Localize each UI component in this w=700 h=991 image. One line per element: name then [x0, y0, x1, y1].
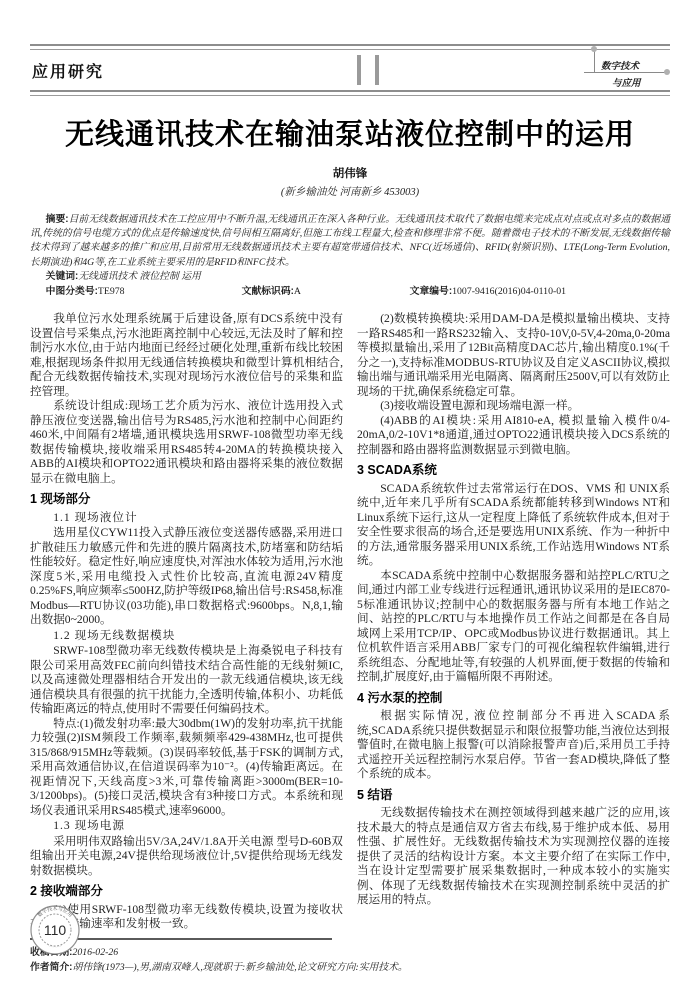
body-paragraph: 特点:(1)微发射功率:最大30dbm(1W)的发射功率,抗干扰能力较强(2)I… — [30, 717, 343, 819]
received-date-line: 收稿日期:2016-02-26 — [30, 945, 670, 960]
header-divider-bars — [357, 55, 379, 85]
keywords-text: 无线通讯技术 液位控制 运用 — [78, 271, 200, 282]
body-paragraph: 根据实际情况, 液位控制部分不再进入SCADA系统,SCADA系统只提供数据显示… — [357, 709, 670, 782]
body-paragraph: 系统设计组成:现场工艺介质为污水、液位计选用投入式静压液位变送器,输出信号为RS… — [30, 399, 343, 486]
section-heading: 5 结语 — [357, 788, 670, 803]
author-affiliation: (新乡输油处 河南新乡 453003) — [30, 184, 670, 199]
subsection-heading: 1.2 现场无线数据模块 — [30, 629, 343, 644]
clc-segment: 中图分类号:TE978 — [46, 285, 242, 299]
body-paragraph: (4)ABB的AI模块:采用AI810-eA, 模拟量输入模件0/4-20mA,… — [357, 414, 670, 458]
footnote-block: 收稿日期:2016-02-26 作者简介:胡伟锋(1973—),男,湖南双峰人,… — [30, 938, 670, 975]
subsection-heading: 1.3 现场电源 — [30, 819, 343, 834]
body-paragraph: 本SCADA系统中控制中心数据服务器和站控PLC/RTU之间,通过内部工业专线进… — [357, 569, 670, 685]
logo-dot-icon — [664, 69, 670, 75]
body-paragraph: 无线数据传输技术在测控领域得到越来越广泛的应用,该技术最大的特点是通信双方省去布… — [357, 806, 670, 908]
right-column: (2)数模转换模块:采用DAM-DA是模拟量输出模块、支持一路RS485和一路R… — [357, 312, 670, 932]
keywords-line: 关键词:无线通讯技术 液位控制 运用 — [30, 270, 670, 284]
abstract-text: 目前无线数据通讯技术在工控应用中不断升温,无线通讯正在深入各种行业。无线通讯技术… — [30, 214, 670, 268]
author-name: 胡伟锋 — [30, 165, 670, 181]
body-paragraph: SCADA系统软件过去常常运行在DOS、VMS 和 UNIX系统中,近年来几乎所… — [357, 482, 670, 569]
left-column: 我单位污水处理系统属于后建设备,原有DCS系统中没有设置信号采集点,污水池距离控… — [30, 312, 343, 932]
journal-logo: 数字技术 与应用 — [572, 50, 668, 90]
page-header: 应用研究 数字技术 与应用 — [30, 50, 670, 90]
section-heading: 3 SCADA系统 — [357, 463, 670, 478]
journal-name-bottom: 与应用 — [612, 75, 641, 89]
classification-line: 中图分类号:TE978 文献标识码:A 文章编号:1007-9416(2016)… — [30, 285, 670, 299]
keywords-label: 关键词: — [46, 271, 79, 282]
author-bio-line: 作者简介:胡伟锋(1973—),男,湖南双峰人,现就职于:新乡输油处,论文研究方… — [30, 960, 670, 975]
article-no-segment: 文章编号:1007-9416(2016)04-0110-01 — [410, 285, 670, 299]
page-number-stamp: 数字技术与应用 ············· 110 — [28, 903, 82, 957]
body-paragraph: SRWF-108型微功率无线数传模块是上海桑锐电子科技有限公司采用高效FEC前向… — [30, 644, 343, 717]
section-heading: 4 污水泵的控制 — [357, 691, 670, 706]
header-bottom-rule — [30, 90, 670, 96]
subsection-heading: 1.1 现场液位计 — [30, 511, 343, 526]
body-paragraph: 我单位污水处理系统属于后建设备,原有DCS系统中没有设置信号采集点,污水池距离控… — [30, 312, 343, 399]
section-heading: 1 现场部分 — [30, 492, 343, 507]
logo-horizontal-line — [584, 72, 665, 73]
body-columns: 我单位污水处理系统属于后建设备,原有DCS系统中没有设置信号采集点,污水池距离控… — [30, 312, 670, 932]
logo-vertical-line — [594, 51, 595, 73]
journal-page: 应用研究 数字技术 与应用 无线通讯技术在输油泵站液位控制中的运用 胡伟锋 (新… — [0, 0, 700, 991]
doc-code-segment: 文献标识码:A — [242, 285, 410, 299]
section-heading: 2 接收端部分 — [30, 884, 343, 899]
abstract-block: 摘要:目前无线数据通讯技术在工控应用中不断升温,无线通讯正在深入各种行业。无线通… — [30, 213, 670, 299]
body-paragraph: 选用星仪CYW11投入式静压液位变送器传感器,采用进口扩散硅压力敏感元件和先进的… — [30, 526, 343, 628]
body-paragraph: (3)接收端设置电源和现场端电源一样。 — [357, 399, 670, 414]
abstract-paragraph: 摘要:目前无线数据通讯技术在工控应用中不断升温,无线通讯正在深入各种行业。无线通… — [30, 213, 670, 270]
divider-bar-icon — [375, 55, 379, 85]
article-title: 无线通讯技术在输油泵站液位控制中的运用 — [30, 112, 670, 153]
abstract-label: 摘要: — [46, 214, 69, 225]
body-paragraph: (2)数模转换模块:采用DAM-DA是模拟量输出模块、支持一路RS485和一路R… — [357, 312, 670, 399]
logo-dot-icon — [591, 46, 597, 52]
page-number: 110 — [44, 922, 67, 938]
divider-bar-icon — [357, 55, 361, 85]
body-paragraph: 采用明伟双路输出5V/3A,24V/1.8A开关电源 型号D-60B双组输出开关… — [30, 835, 343, 879]
section-label: 应用研究 — [32, 59, 104, 82]
journal-name-top: 数字技术 — [601, 58, 639, 72]
